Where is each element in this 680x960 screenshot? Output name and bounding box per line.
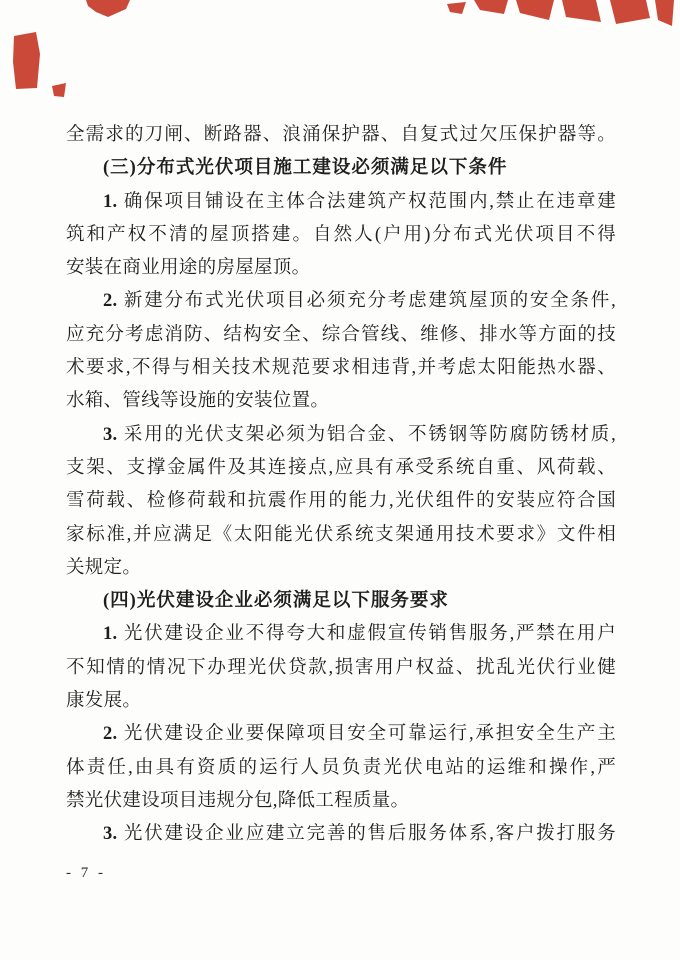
text-line: 1. 光伏建设企业不得夸大和虚假宣传销售服务,严禁在用户 [66,618,616,651]
line-text: 采用的光伏支架必须为铝合金、不锈钢等防腐防锈材质, [117,425,616,445]
text-line: 水箱、管线等设施的安装位置。 [66,385,616,418]
text-line: 筑和产权不清的屋顶搭建。自然人(户用)分布式光伏项目不得 [66,219,616,252]
line-text: 光伏建设企业要保障项目安全可靠运行,承担安全生产主 [117,724,616,744]
text-line: 关规定。 [66,552,616,585]
text-line: 应充分考虑消防、结构安全、综合管线、维修、排水等方面的技 [66,319,616,352]
line-text: 光伏建设企业应建立完善的售后服务体系,客户拨打服务 [117,824,616,844]
red-fragment [86,0,130,17]
text-line: 体责任,由具有资质的运行人员负责光伏电站的运维和操作,严 [66,752,616,785]
line-text: 新建分布式光伏项目必须充分考虑建筑屋顶的安全条件, [117,291,616,311]
red-fragment [516,0,554,20]
line-text: 筑和产权不清的屋顶搭建。自然人(户用)分布式光伏项目不得 [66,225,616,245]
list-number: 1. [103,624,117,644]
line-text: (三)分布式光伏项目施工建设必须满足以下条件 [103,158,507,178]
line-text: 关规定。 [66,558,141,578]
line-text: 确保项目铺设在主体合法建筑产权范围内,禁止在违章建 [117,192,616,212]
text-line: 雪荷载、检修荷载和抗震作用的能力,光伏组件的安装应符合国 [66,485,616,518]
red-fragment [655,0,674,26]
text-line: 家标准,并应满足《太阳能光伏系统支架通用技术要求》文件相 [66,519,616,552]
line-text: 支架、支撑金属件及其连接点,应具有承受系统自重、风荷载、 [66,458,616,478]
red-fragment [562,0,601,22]
red-fragment [610,0,650,24]
line-text: 术要求,不得与相关技术规范要求相违背,并考虑太阳能热水器、 [66,358,616,378]
red-fragment [13,32,40,89]
line-text: 禁光伏建设项目违规分包,降低工程质量。 [66,791,409,811]
list-number: 2. [103,724,117,744]
section-heading: (三)分布式光伏项目施工建设必须满足以下条件 [66,152,616,185]
red-fragment [52,83,66,97]
text-line: 禁光伏建设项目违规分包,降低工程质量。 [66,785,616,818]
line-text: 体责任,由具有资质的运行人员负责光伏电站的运维和操作,严 [66,758,616,778]
line-text: 安装在商业用途的房屋屋顶。 [66,258,310,278]
line-text: 家标准,并应满足《太阳能光伏系统支架通用技术要求》文件相 [66,525,616,545]
text-line: 术要求,不得与相关技术规范要求相违背,并考虑太阳能热水器、 [66,352,616,385]
line-text: 全需求的刀闸、断路器、浪涌保护器、自复式过欠压保护器等。 [66,125,616,145]
text-line: 不知情的情况下办理光伏贷款,损害用户权益、扰乱光伏行业健 [66,652,616,685]
line-text: 雪荷载、检修荷载和抗震作用的能力,光伏组件的安装应符合国 [66,491,616,511]
text-line: 3. 光伏建设企业应建立完善的售后服务体系,客户拨打服务 [66,818,616,851]
red-fragment [474,0,508,14]
list-number: 1. [103,192,117,212]
text-line: 1. 确保项目铺设在主体合法建筑产权范围内,禁止在违章建 [66,186,616,219]
line-text: 水箱、管线等设施的安装位置。 [66,391,329,411]
line-text: 应充分考虑消防、结构安全、综合管线、维修、排水等方面的技 [66,325,616,345]
text-line: 安装在商业用途的房屋屋顶。 [66,252,616,285]
text-line: 2. 光伏建设企业要保障项目安全可靠运行,承担安全生产主 [66,718,616,751]
section-heading: (四)光伏建设企业必须满足以下服务要求 [66,585,616,618]
list-number: 3. [103,824,117,844]
line-text: (四)光伏建设企业必须满足以下服务要求 [103,591,449,611]
list-number: 2. [103,291,117,311]
text-line: 3. 采用的光伏支架必须为铝合金、不锈钢等防腐防锈材质, [66,419,616,452]
list-number: 3. [103,425,117,445]
line-text: 光伏建设企业不得夸大和虚假宣传销售服务,严禁在用户 [117,624,616,644]
page-number: - 7 - [66,857,616,890]
red-fragment [447,2,466,14]
red-print-artifacts [0,0,680,110]
text-line: 康发展。 [66,685,616,718]
text-line: 全需求的刀闸、断路器、浪涌保护器、自复式过欠压保护器等。 [66,119,616,152]
text-line: 支架、支撑金属件及其连接点,应具有承受系统自重、风荷载、 [66,452,616,485]
line-text: 康发展。 [66,691,141,711]
text-line: 2. 新建分布式光伏项目必须充分考虑建筑屋顶的安全条件, [66,285,616,318]
document-page: 全需求的刀闸、断路器、浪涌保护器、自复式过欠压保护器等。 (三)分布式光伏项目施… [0,0,680,960]
line-text: 不知情的情况下办理光伏贷款,损害用户权益、扰乱光伏行业健 [66,658,616,678]
document-body: 全需求的刀闸、断路器、浪涌保护器、自复式过欠压保护器等。 (三)分布式光伏项目施… [66,119,616,890]
